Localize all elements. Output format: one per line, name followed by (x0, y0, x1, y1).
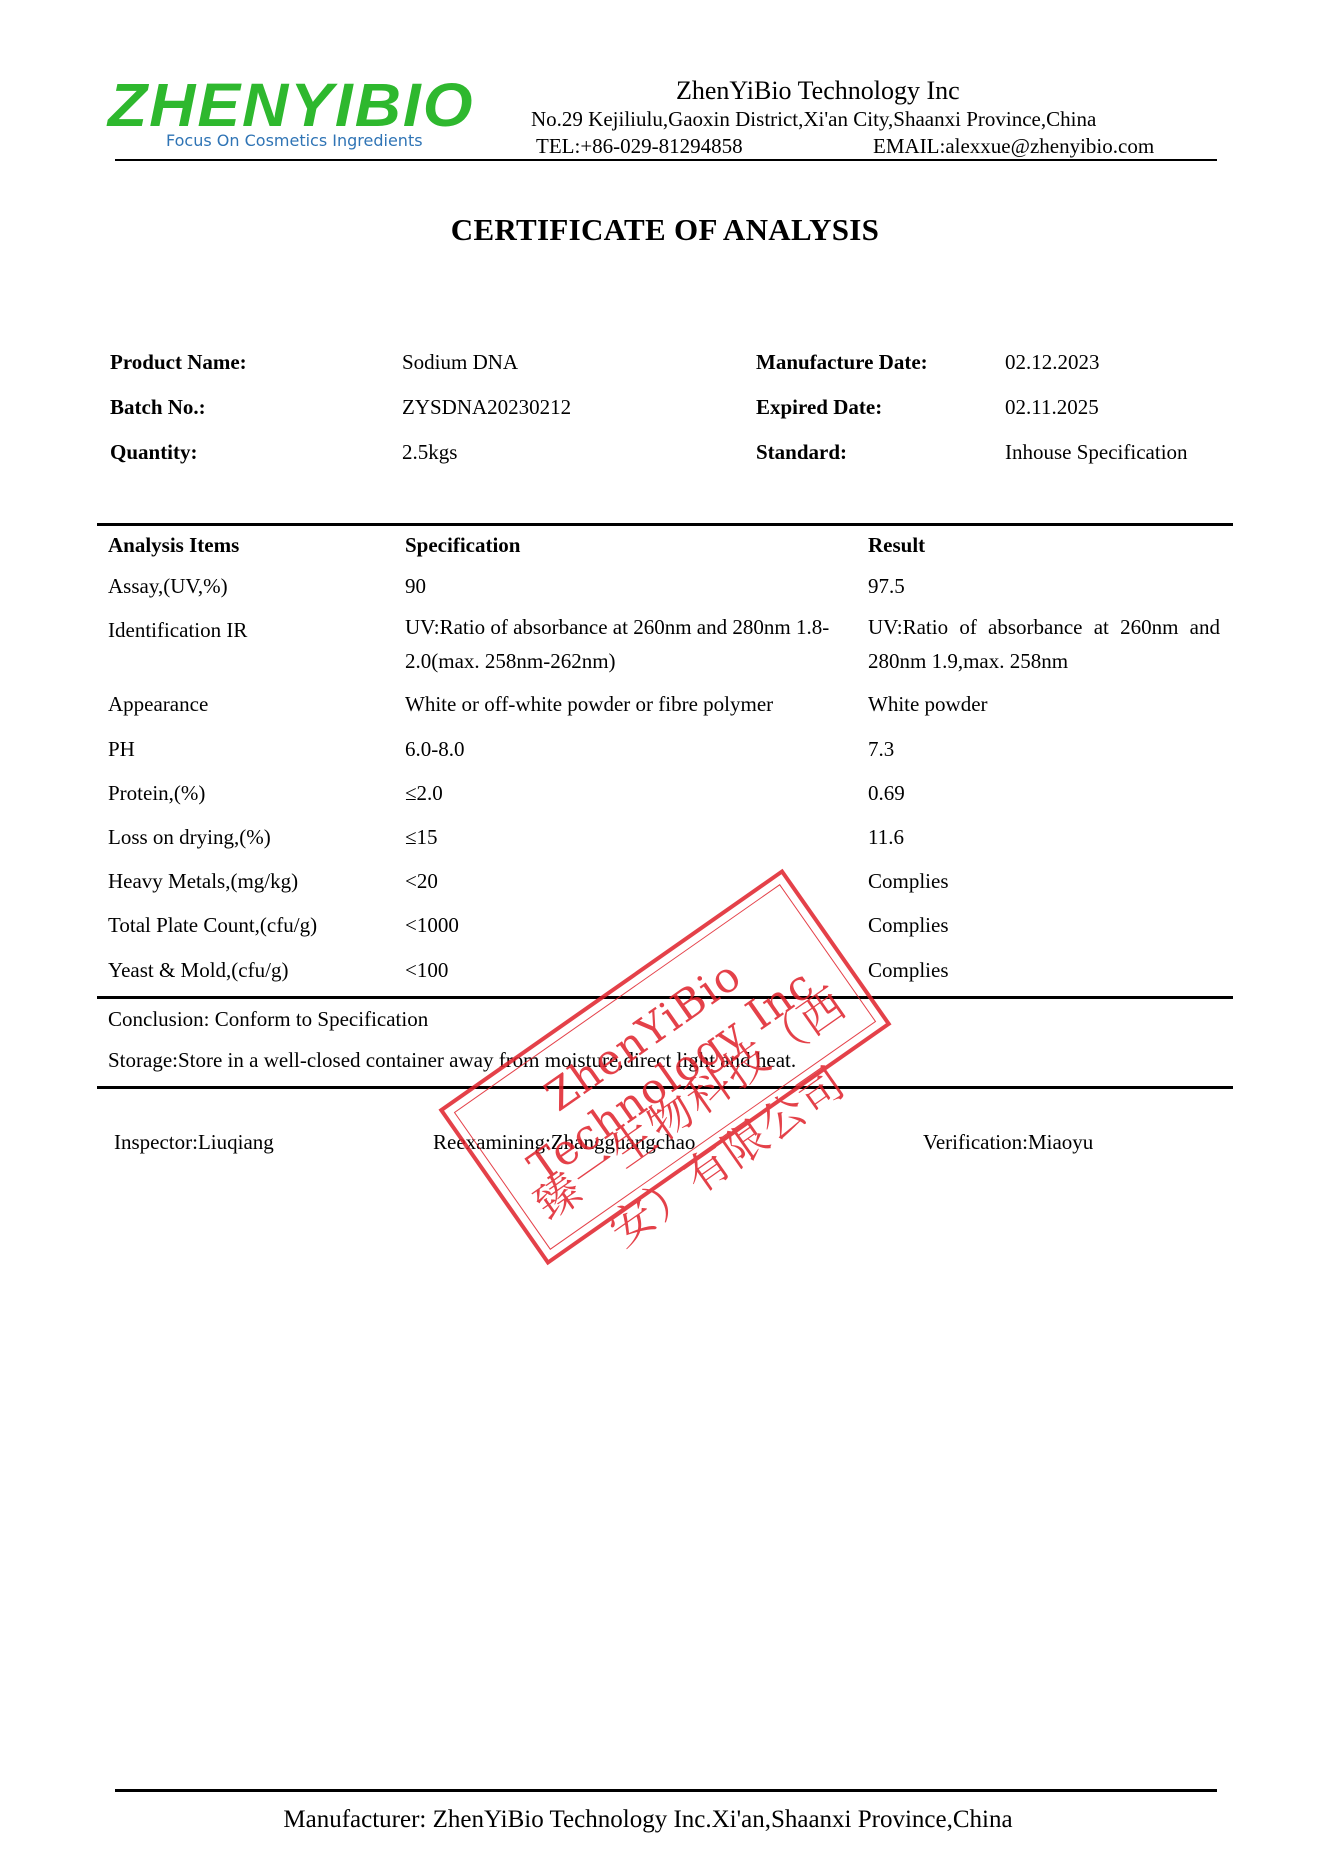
row-result: 97.5 (868, 574, 905, 599)
row-result: 0.69 (868, 781, 905, 806)
row-item: PH (108, 737, 135, 762)
batch-value: ZYSDNA20230212 (402, 395, 571, 420)
quantity-value: 2.5kgs (402, 440, 457, 465)
row-specification: 6.0-8.0 (405, 737, 465, 762)
company-telephone: TEL:+86-029-81294858 (536, 134, 743, 159)
company-name: ZhenYiBio Technology Inc (676, 76, 960, 106)
row-item: Yeast & Mold,(cfu/g) (108, 958, 288, 983)
column-header-items: Analysis Items (108, 533, 239, 558)
row-item: Assay,(UV,%) (108, 574, 228, 599)
verification-signature: Verification:Miaoyu (923, 1130, 1093, 1155)
column-header-result: Result (868, 533, 925, 558)
company-address: No.29 Kejiliulu,Gaoxin District,Xi'an Ci… (531, 107, 1096, 132)
row-item: Total Plate Count,(cfu/g) (108, 913, 317, 938)
manufacture-date-value: 02.12.2023 (1005, 350, 1100, 375)
expired-date-value: 02.11.2025 (1005, 395, 1099, 420)
manufacture-date-label: Manufacture Date: (756, 350, 928, 375)
footer-divider (115, 1789, 1217, 1792)
quantity-label: Quantity: (110, 440, 198, 465)
product-name-label: Product Name: (110, 350, 247, 375)
row-result: 11.6 (868, 825, 904, 850)
row-result: White powder (868, 692, 988, 717)
column-header-specification: Specification (405, 533, 521, 558)
row-result: UV:Ratio of absorbance at 260nm and 280n… (868, 610, 1220, 678)
header-divider (115, 159, 1217, 161)
company-email: EMAIL:alexxue@zhenyibio.com (873, 134, 1154, 159)
row-specification: White or off-white powder or fibre polym… (405, 692, 773, 717)
inspector-signature: Inspector:Liuqiang (114, 1130, 274, 1155)
row-item: Heavy Metals,(mg/kg) (108, 869, 298, 894)
standard-value: Inhouse Specification (1005, 440, 1188, 465)
product-name-value: Sodium DNA (402, 350, 518, 375)
row-specification: ≤15 (405, 825, 438, 850)
row-result: 7.3 (868, 737, 894, 762)
row-result: Complies (868, 869, 949, 894)
row-item: Protein,(%) (108, 781, 205, 806)
document-title: CERTIFICATE OF ANALYSIS (0, 212, 1323, 248)
row-specification: <100 (405, 958, 448, 983)
logo-tagline: Focus On Cosmetics Ingredients (166, 131, 423, 150)
row-specification: <1000 (405, 913, 459, 938)
table-top-rule (97, 523, 1233, 526)
company-seal-stamp: ZhenYiBio Technology Inc 臻一生物科技（西安）有限公司 (438, 869, 891, 1266)
row-item: Loss on drying,(%) (108, 825, 271, 850)
row-specification: ≤2.0 (405, 781, 443, 806)
company-logo: ZHENYIBIO (108, 70, 474, 140)
row-result: Complies (868, 958, 949, 983)
standard-label: Standard: (756, 440, 847, 465)
conclusion-text: Conclusion: Conform to Specification (108, 1007, 428, 1032)
row-specification: <20 (405, 869, 438, 894)
row-item: Identification IR (108, 618, 247, 643)
batch-label: Batch No.: (110, 395, 206, 420)
row-item: Appearance (108, 692, 208, 717)
row-specification: 90 (405, 574, 426, 599)
expired-date-label: Expired Date: (756, 395, 882, 420)
row-result: Complies (868, 913, 949, 938)
row-specification: UV:Ratio of absorbance at 260nm and 280n… (405, 610, 845, 678)
footer-manufacturer: Manufacturer: ZhenYiBio Technology Inc.X… (0, 1806, 1296, 1834)
